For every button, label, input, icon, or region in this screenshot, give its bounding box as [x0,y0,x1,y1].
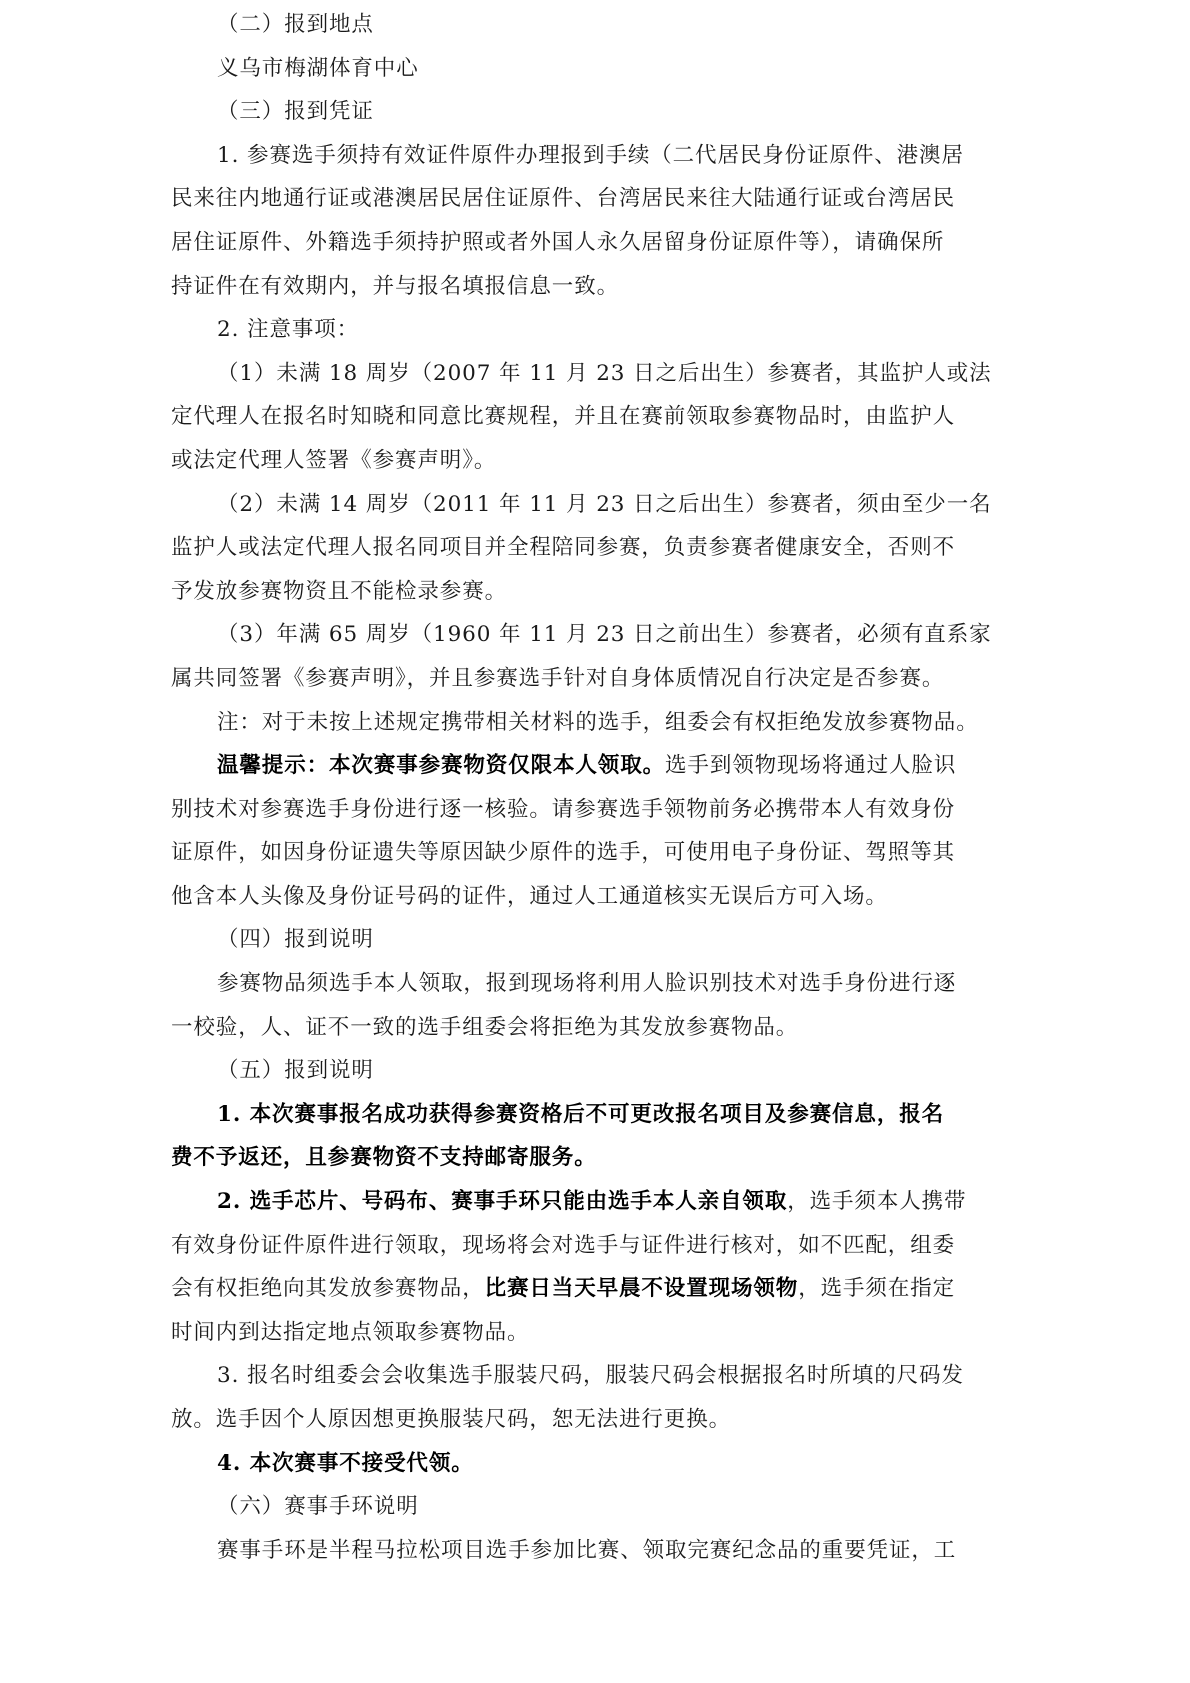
text-span: ，选手须本人携带 [787,1189,966,1214]
chip-pickup-bold: 2. 选手芯片、号码布、赛事手环只能由选手本人亲自领取 [217,1189,787,1214]
venue-text: 义乌市梅湖体育中心 [171,47,1008,91]
text-line: 参赛物品须选手本人领取，报到现场将利用人脸识别技术对选手身份进行逐 [171,962,1008,1006]
text-line: 监护人或法定代理人报名同项目并全程陪同参赛，负责参赛者健康安全，否则不 [171,526,1008,570]
no-proxy-pickup: 4. 本次赛事不接受代领。 [171,1442,1008,1486]
text-line: 2. 选手芯片、号码布、赛事手环只能由选手本人亲自领取，选手须本人携带 [171,1180,1008,1224]
section-heading-3: （三）报到凭证 [171,90,1008,134]
text-line: 一校验，人、证不一致的选手组委会将拒绝为其发放参赛物品。 [171,1006,1008,1050]
paragraph-under-14: （2）未满 14 周岁（2011 年 11 月 23 日之后出生）参赛者，须由至… [171,483,1008,614]
text-line: 有效身份证件原件进行领取，现场将会对选手与证件进行核对，如不匹配，组委 [171,1224,1008,1268]
text-span: ，选手须在指定 [798,1276,955,1301]
text-line: 或法定代理人签署《参赛声明》。 [171,439,1008,483]
paragraph-chip-pickup: 2. 选手芯片、号码布、赛事手环只能由选手本人亲自领取，选手须本人携带 有效身份… [171,1180,1008,1354]
document-page: （二）报到地点 义乌市梅湖体育中心 （三）报到凭证 1. 参赛选手须持有效证件原… [0,0,1190,1683]
text-line: 放。选手因个人原因想更换服装尺码，恕无法进行更换。 [171,1398,1008,1442]
text-line: （3）年满 65 周岁（1960 年 11 月 23 日之前出生）参赛者，必须有… [171,613,1008,657]
text-line: 属共同签署《参赛声明》，并且参赛选手针对自身体质情况自行决定是否参赛。 [171,657,1008,701]
text-line-bold: 费不予返还，且参赛物资不支持邮寄服务。 [171,1136,1008,1180]
notes-heading: 2. 注意事项： [171,308,1008,352]
paragraph-over-65: （3）年满 65 周岁（1960 年 11 月 23 日之前出生）参赛者，必须有… [171,613,1008,700]
text-span: 选手到领物现场将通过人脸识 [665,753,956,778]
paragraph-pickup-verification: 参赛物品须选手本人领取，报到现场将利用人脸识别技术对选手身份进行逐 一校验，人、… [171,962,1008,1049]
text-line: 予发放参赛物资且不能检录参赛。 [171,570,1008,614]
text-line: 居住证原件、外籍选手须持护照或者外国人永久居留身份证原件等），请确保所 [171,221,1008,265]
paragraph-warm-tip: 温馨提示：本次赛事参赛物资仅限本人领取。选手到领物现场将通过人脸识 别技术对参赛… [171,744,1008,918]
text-line: （2）未满 14 周岁（2011 年 11 月 23 日之后出生）参赛者，须由至… [171,483,1008,527]
paragraph-id-requirements: 1. 参赛选手须持有效证件原件办理报到手续（二代居民身份证原件、港澳居 民来往内… [171,134,1008,308]
text-line: 定代理人在报名时知晓和同意比赛规程，并且在赛前领取参赛物品时，由监护人 [171,395,1008,439]
text-line: （1）未满 18 周岁（2007 年 11 月 23 日之后出生）参赛者，其监护… [171,352,1008,396]
text-line: 会有权拒绝向其发放参赛物品，比赛日当天早晨不设置现场领物，选手须在指定 [171,1267,1008,1311]
text-line: 时间内到达指定地点领取参赛物品。 [171,1311,1008,1355]
text-line: 温馨提示：本次赛事参赛物资仅限本人领取。选手到领物现场将通过人脸识 [171,744,1008,788]
text-line-bold: 1. 本次赛事报名成功获得参赛资格后不可更改报名项目及参赛信息，报名 [171,1093,1008,1137]
section-heading-6: （六）赛事手环说明 [171,1485,1008,1529]
paragraph-no-changes: 1. 本次赛事报名成功获得参赛资格后不可更改报名项目及参赛信息，报名 费不予返还… [171,1093,1008,1180]
text-line: 别技术对参赛选手身份进行逐一核验。请参赛选手领物前务必携带本人有效身份 [171,788,1008,832]
section-heading-5: （五）报到说明 [171,1049,1008,1093]
section-heading-2: （二）报到地点 [171,3,1008,47]
text-line: 他含本人头像及身份证号码的证件，通过人工通道核实无误后方可入场。 [171,875,1008,919]
note-text: 注：对于未按上述规定携带相关材料的选手，组委会有权拒绝发放参赛物品。 [171,701,1008,745]
text-span: 会有权拒绝向其发放参赛物品， [171,1276,485,1301]
text-line: 1. 参赛选手须持有效证件原件办理报到手续（二代居民身份证原件、港澳居 [171,134,1008,178]
document-body: （二）报到地点 义乌市梅湖体育中心 （三）报到凭证 1. 参赛选手须持有效证件原… [171,3,1008,1572]
warm-tip-bold: 温馨提示：本次赛事参赛物资仅限本人领取。 [217,753,665,778]
text-line: 民来往内地通行证或港澳居民居住证原件、台湾居民来往大陆通行证或台湾居民 [171,177,1008,221]
text-line: 证原件，如因身份证遗失等原因缺少原件的选手，可使用电子身份证、驾照等其 [171,831,1008,875]
no-race-day-pickup-bold: 比赛日当天早晨不设置现场领物 [485,1276,799,1301]
section-heading-4: （四）报到说明 [171,918,1008,962]
text-line: 3. 报名时组委会会收集选手服装尺码，服装尺码会根据报名时所填的尺码发 [171,1354,1008,1398]
paragraph-under-18: （1）未满 18 周岁（2007 年 11 月 23 日之后出生）参赛者，其监护… [171,352,1008,483]
text-line: 持证件在有效期内，并与报名填报信息一致。 [171,265,1008,309]
paragraph-clothing-size: 3. 报名时组委会会收集选手服装尺码，服装尺码会根据报名时所填的尺码发 放。选手… [171,1354,1008,1441]
wristband-text: 赛事手环是半程马拉松项目选手参加比赛、领取完赛纪念品的重要凭证，工 [171,1529,1008,1573]
